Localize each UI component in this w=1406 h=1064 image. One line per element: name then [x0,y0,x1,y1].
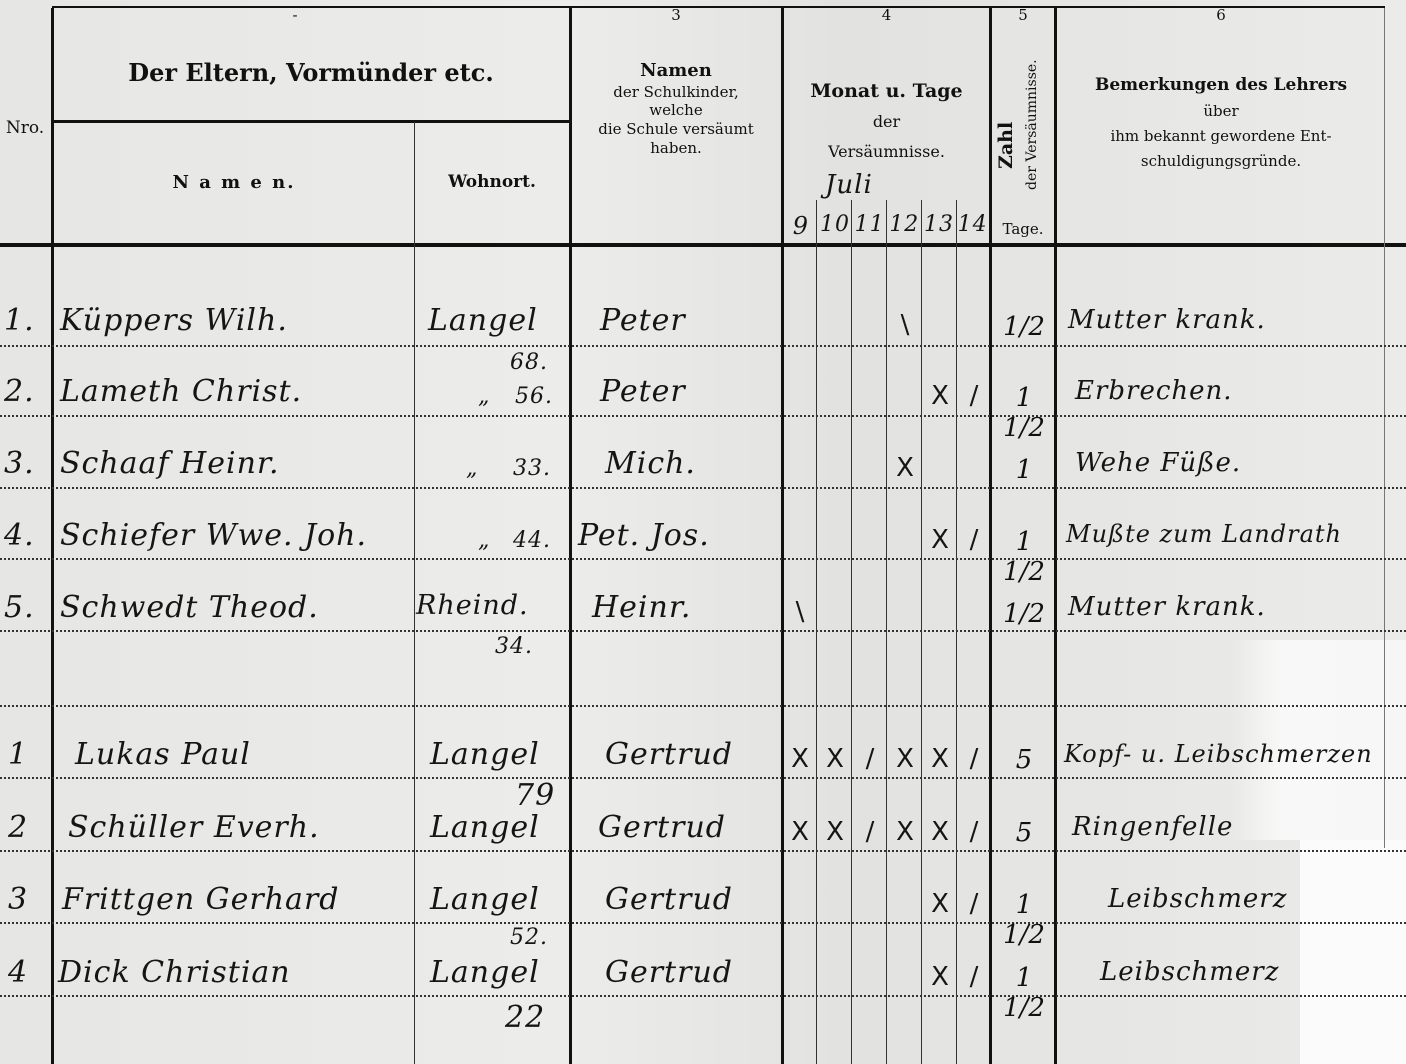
absence-mark: \ [888,310,922,340]
column-number-3: 3 [572,6,780,24]
parent-name: Lameth Christ. [60,374,302,409]
row-line [0,558,1406,560]
remark: Ringenfelle [1072,812,1233,842]
residence: Langel [430,737,540,772]
absence-mark: / [957,889,991,919]
header-parents-residence: Wohnort. [416,172,568,193]
parent-name: Lukas Paul [75,737,251,772]
parent-name: Schwedt Theod. [60,590,319,625]
header-children-line: die Schule versäumt [572,120,780,139]
remark: Leibschmerz [1100,957,1279,987]
day-number: 9 [784,212,818,242]
residence: „ [478,528,490,553]
absence-mark: X [783,744,817,774]
residence: „ [478,384,490,409]
row-number: 3 [8,882,28,917]
absence-mark: X [923,525,957,555]
day-divider [956,200,957,1064]
torn-paper-edge [1300,840,1406,1064]
row-line [0,415,1406,417]
column-number-4: 4 [784,6,989,24]
row-number: 5. [4,590,35,625]
col-divider-dates [781,8,784,1064]
absence-mark: / [957,525,991,555]
house-number: 33. [513,456,551,481]
remark: Mußte zum Landrath [1066,520,1342,548]
parents-header-divider [52,120,570,123]
absence-mark: \ [783,597,817,627]
absence-total: 5 [992,818,1056,848]
absence-mark: / [853,817,887,847]
day-number: 11 [852,212,887,242]
child-name: Gertrud [598,810,726,845]
absence-total: 1 1/2 [992,963,1056,1023]
absence-mark: X [818,744,852,774]
absence-mark: X [923,817,957,847]
day-number: 10 [818,212,853,242]
header-dates: Monat u. Tage der Versäumnisse. [784,80,989,162]
row-line [0,777,1406,779]
residence: Langel [430,882,540,917]
parent-name: Frittgen Gerhard [62,882,340,917]
absence-mark: / [853,744,887,774]
col-divider-children [569,8,572,1064]
residence: „ [466,456,478,481]
residence: Langel [428,303,538,338]
row-number: 1 [8,737,28,772]
house-number: 22 [505,1000,545,1035]
residence: Rheind. [416,590,529,621]
house-number: 79 [515,778,555,813]
child-name: Peter [600,374,686,409]
header-remarks: Bemerkungen des Lehrers über ihm bekannt… [1057,75,1385,171]
header-count-unit: Tage. [992,220,1054,239]
remark: Leibschmerz [1108,884,1287,914]
row-number: 2. [4,374,35,409]
day-divider [851,200,852,1064]
absence-total: 1 1/2 [992,890,1056,950]
day-divider [886,200,887,1064]
header-parents-title: Der Eltern, Vormünder etc. [54,58,568,88]
absence-mark: X [888,453,922,483]
house-number: 56. [515,384,553,409]
child-name: Gertrud [605,737,733,772]
column-number-6: 6 [1057,6,1385,24]
absence-total: 1/2 [992,599,1056,629]
absence-total: 5 [992,745,1056,775]
child-name: Mich. [605,446,696,481]
child-name: Gertrud [605,882,733,917]
row-line [0,487,1406,489]
parent-name: Schaaf Heinr. [60,446,280,481]
header-remarks-line: ihm bekannt gewordene Ent- [1057,127,1385,146]
parent-name: Dick Christian [58,955,291,990]
absence-total: 1 1/2 [992,527,1056,587]
header-dates-line: Versäumnisse. [784,142,989,162]
residence: Langel [430,810,540,845]
absence-total: 1/2 [992,312,1056,342]
residence: Langel [430,955,540,990]
child-name: Peter [600,303,686,338]
header-children-line: der Schulkinder, [572,83,780,102]
remark: Mutter krank. [1068,305,1266,335]
parent-name: Schüller Everh. [68,810,320,845]
day-divider [816,200,817,1064]
absence-mark: / [957,962,991,992]
row-line [0,630,1406,632]
remark: Kopf- u. Leibschmerzen [1064,740,1373,768]
day-number: 14 [956,212,989,242]
row-line [0,345,1406,347]
header-parents-names: N a m e n. [54,172,414,195]
row-number: 1. [4,303,35,338]
absence-mark: X [888,744,922,774]
absence-mark: X [923,381,957,411]
absence-mark: X [888,817,922,847]
row-number: 4. [4,518,35,553]
absence-mark: X [923,962,957,992]
row-number: 3. [4,446,35,481]
col-divider-nro [51,8,54,1064]
absence-mark: / [957,817,991,847]
child-name: Pet. Jos. [578,518,710,553]
header-remarks-line: schuldigungsgründe. [1057,152,1385,171]
header-remarks-title: Bemerkungen des Lehrers [1057,75,1385,96]
day-numbers: 9 10 11 12 13 14 [784,212,989,242]
remark: Wehe Füße. [1075,448,1241,478]
month-handwritten: Juli [825,170,873,200]
header-count-title: Zahl [995,80,1021,210]
row-number: 2 [8,810,28,845]
row-line [0,705,1406,707]
day-number: 13 [922,212,957,242]
register-page: Nro. - Der Eltern, Vormünder etc. N a m … [0,0,1406,1064]
header-dates-title: Monat u. Tage [784,80,989,104]
header-children: Namen der Schulkinder, welche die Schule… [572,60,780,158]
header-dates-line: der [784,112,989,132]
header-remarks-line: über [1057,102,1385,121]
absence-mark: X [818,817,852,847]
absence-total: 1 [992,455,1056,485]
day-number: 12 [887,212,922,242]
absence-total: 1 1/2 [992,383,1056,443]
header-count-sub: der Versäumnisse. [1024,40,1048,210]
header-children-line: haben. [572,139,780,158]
column-number-2: - [280,6,310,24]
column-number-5: 5 [992,6,1054,24]
row-line [0,850,1406,852]
row-line [0,922,1406,924]
header-children-title: Namen [572,60,780,83]
house-number: 44. [513,528,551,553]
header-nro: Nro. [0,118,50,139]
remark: Mutter krank. [1068,592,1266,622]
remark: Erbrechen. [1075,376,1233,406]
parent-name: Schiefer Wwe. Joh. [60,518,367,553]
absence-mark: X [923,744,957,774]
row-number: 4 [8,955,28,990]
house-number: 52. [510,925,548,950]
house-number: 34. [495,634,533,659]
absence-mark: X [783,817,817,847]
absence-mark: X [923,889,957,919]
header-bottom-border [0,243,1406,247]
house-number: 68. [510,350,548,375]
absence-mark: / [957,744,991,774]
child-name: Gertrud [605,955,733,990]
header-children-line: welche [572,101,780,120]
child-name: Heinr. [592,590,691,625]
row-line [0,995,1406,997]
parent-name: Küppers Wilh. [60,303,288,338]
absence-mark: / [957,381,991,411]
